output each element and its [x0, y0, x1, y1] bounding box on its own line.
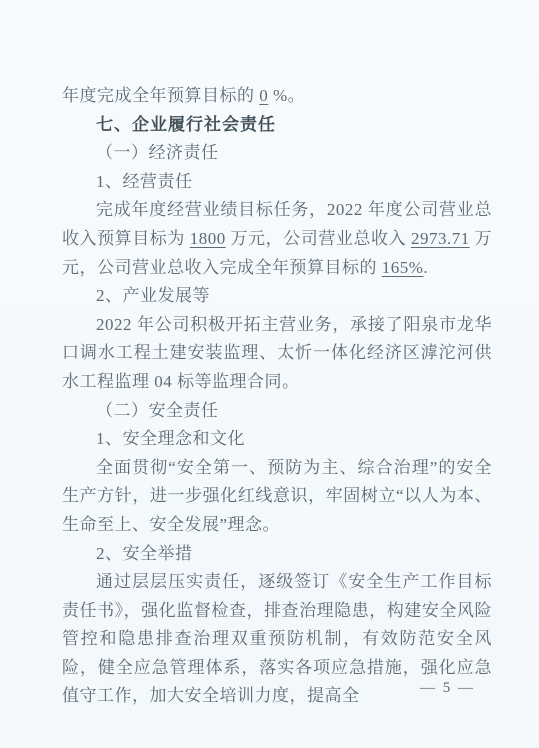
text-run: 年度完成全年预算目标的 [62, 86, 259, 105]
paragraph: 完成年度经营业绩目标任务，2022 年度公司营业总收入预算目标为 1800 万元… [62, 196, 492, 282]
underlined-value: 0 [259, 86, 268, 105]
paragraph: 全面贯彻“安全第一、预防为主、综合治理”的安全生产方针，进一步强化红线意识，牢固… [62, 454, 492, 540]
document-body: 年度完成全年预算目标的 0 %。七、企业履行社会责任（一）经济责任1、经营责任完… [62, 82, 492, 711]
text-run: . [423, 258, 428, 277]
paragraph: 2、产业发展等 [62, 282, 492, 311]
text-run: 全面贯彻“安全第一、预防为主、综合治理”的安全生产方针，进一步强化红线意识，牢固… [62, 458, 492, 534]
text-run: %。 [268, 86, 305, 105]
underlined-value: 1800 [190, 229, 226, 248]
paragraph: 1、安全理念和文化 [62, 425, 492, 454]
text-run: 万元，公司营业总收入 [226, 229, 411, 248]
paragraph: 2022 年公司积极开拓主营业务，承接了阳泉市龙华口调水工程土建安装监理、太忻一… [62, 311, 492, 397]
paragraph: （一）经济责任 [62, 139, 492, 168]
text-run: 2、安全举措 [96, 544, 193, 563]
text-run: 2022 年公司积极开拓主营业务，承接了阳泉市龙华口调水工程土建安装监理、太忻一… [62, 315, 492, 391]
text-run: 1、安全理念和文化 [96, 429, 245, 448]
paragraph: （二）安全责任 [62, 397, 492, 426]
paragraph: 年度完成全年预算目标的 0 %。 [62, 82, 492, 111]
text-run: （二）安全责任 [96, 401, 219, 420]
text-run: 2、产业发展等 [96, 286, 210, 305]
page-number: — 5 — [420, 678, 475, 698]
text-run: 1、经营责任 [96, 172, 193, 191]
text-run: 七、企业履行社会责任 [96, 115, 276, 134]
document-page: 年度完成全年预算目标的 0 %。七、企业履行社会责任（一）经济责任1、经营责任完… [0, 0, 539, 748]
section-heading: 七、企业履行社会责任 [62, 111, 492, 140]
paragraph: 2、安全举措 [62, 540, 492, 569]
underlined-value: 2973.71 [411, 229, 470, 248]
paragraph: 1、经营责任 [62, 168, 492, 197]
underlined-value: 165% [382, 258, 424, 277]
text-run: （一）经济责任 [96, 143, 219, 162]
